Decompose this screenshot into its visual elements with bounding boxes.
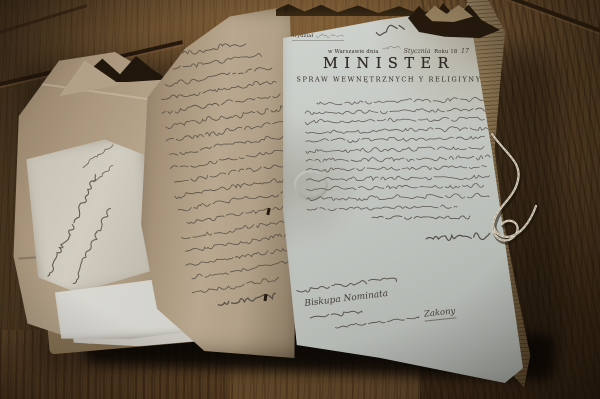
photo-vignette (0, 0, 600, 399)
photograph-archival-document: No. Wydział w Warszawie dnia Stycznia Ro… (0, 0, 600, 399)
